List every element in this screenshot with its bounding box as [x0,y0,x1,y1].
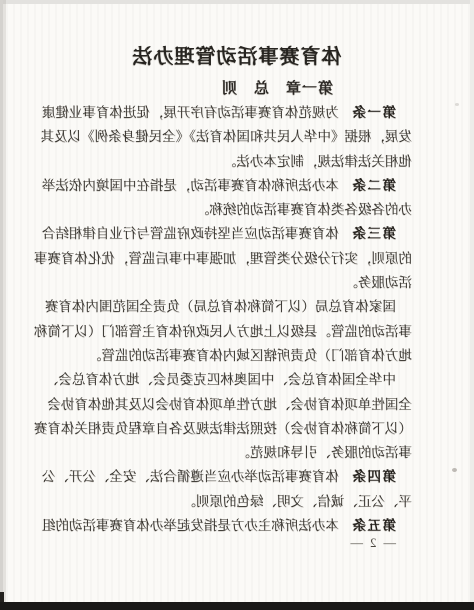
body-line: 第二条本办法所称体育赛事活动，是指在中国境内依法举 [44,174,412,198]
body-line: 第五条本办法所称主办方是指发起举办体育赛事活动的组 [44,514,412,538]
scan-artifact [452,468,457,472]
scan-edge-left-shadow [3,0,6,610]
body-line: 办的各级各类体育赛事活动的统称。 [44,198,412,222]
body-line: 第四条体育赛事活动举办应当遵循合法、安全、公开、公 [44,465,412,489]
line-text: 地方体育部门）负责所辖区域内体育赛事活动的监管。 [88,348,412,363]
body-line: 第三条体育赛事活动应当坚持政府监管与行业自律相结合 [44,222,412,246]
article-number: 第五条 [351,518,396,533]
chapter-heading: 第一章 总 则 [221,77,333,98]
article-number: 第四条 [351,469,396,484]
scan-edge-right [470,0,474,610]
line-text: 本办法所称主办方是指发起举办体育赛事活动的组 [42,518,339,533]
body-line: 活动服务。 [44,271,412,295]
line-text: 平、公正、诚信、文明、绿色的原则。 [183,494,413,509]
scanned-document: 体育赛事活动管理办法 第一章 总 则 第一条为规范体育赛事活动有序开展，促进体育… [0,0,474,610]
line-text: 他相关法律法规，制定本办法。 [223,154,412,169]
line-text: 体育赛事活动举办应当遵循合法、安全、公开、公 [42,469,339,484]
body-line: 第一条为规范体育赛事活动有序开展，促进体育事业健康 [44,101,412,125]
line-text: 办的各级各类体育赛事活动的统称。 [196,202,412,217]
body-line: （以下简称体育协会）按照法律法规及各自章程负责相关体育赛 [44,417,412,441]
line-text: 的原则，实行分级分类管理，加强事中事后监管，优化体育赛事 [34,251,412,266]
line-text: 为规范体育赛事活动有序开展，促进体育事业健康 [42,105,339,120]
line-text: 事活动的服务、引导和规范。 [237,445,413,460]
line-text: 活动服务。 [345,275,413,290]
page-number: — 2 — [349,536,397,551]
document-page: 体育赛事活动管理办法 第一章 总 则 第一条为规范体育赛事活动有序开展，促进体育… [3,4,470,602]
body-line: 事活动的服务、引导和规范。 [44,441,412,465]
scan-artifact [455,103,459,106]
line-text: 中华全国体育总会、中国奥林匹克委员会、地方体育总会、 [45,372,396,387]
document-title: 体育赛事活动管理办法 [3,40,470,69]
line-text: 发展，根据《中华人民共和国体育法》《全民健身条例》以及其 [41,129,412,144]
line-text: （以下简称体育协会）按照法律法规及各自章程负责相关体育赛 [34,421,412,436]
line-text: 事活动的监管。县级以上地方人民政府体育主管部门（以下简称 [34,324,412,339]
scan-bottom-bar [0,602,474,610]
article-number: 第三条 [351,226,396,241]
body-line: 的原则，实行分级分类管理，加强事中事后监管，优化体育赛事 [44,247,412,271]
body-line: 全国性单项体育协会、地方性单项体育协会以及其他体育协会 [44,393,412,417]
article-number: 第二条 [351,178,396,193]
body-line: 事活动的监管。县级以上地方人民政府体育主管部门（以下简称 [44,320,412,344]
line-text: 国家体育总局（以下简称体育总局）负责全国范围内体育赛 [45,299,396,314]
article-number: 第一条 [351,105,396,120]
scan-edge-top [0,0,474,4]
body-line: 他相关法律法规，制定本办法。 [44,150,412,174]
body-line: 国家体育总局（以下简称体育总局）负责全国范围内体育赛 [44,295,412,319]
line-text: 全国性单项体育协会、地方性单项体育协会以及其他体育协会 [48,397,413,412]
line-text: 本办法所称体育赛事活动，是指在中国境内依法举 [42,178,339,193]
document-body: 第一条为规范体育赛事活动有序开展，促进体育事业健康发展，根据《中华人民共和国体育… [44,101,412,538]
body-line: 中华全国体育总会、中国奥林匹克委员会、地方体育总会、 [44,368,412,392]
body-line: 发展，根据《中华人民共和国体育法》《全民健身条例》以及其 [44,125,412,149]
body-line: 地方体育部门）负责所辖区域内体育赛事活动的监管。 [44,344,412,368]
line-text: 体育赛事活动应当坚持政府监管与行业自律相结合 [42,226,339,241]
body-line: 平、公正、诚信、文明、绿色的原则。 [44,490,412,514]
